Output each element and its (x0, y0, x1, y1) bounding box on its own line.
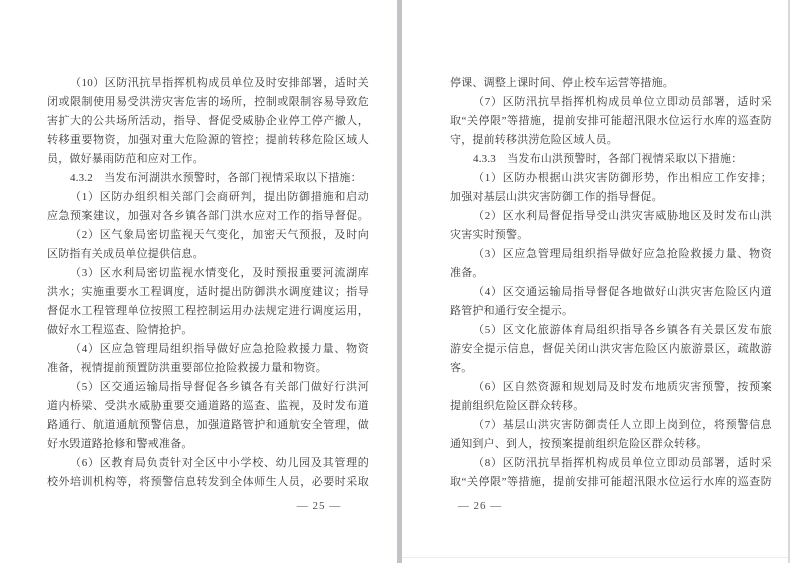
text-line: 准备，视情提前预置防洪重要部位抢险救援力量和物资。 (47, 359, 369, 378)
text-line: 停课、调整上课时间、停止校车运营等措施。 (450, 74, 772, 93)
text-line: （5）区文化旅游体育局组织指导各乡镇各有关景区发布旅 (450, 321, 772, 340)
page-number-25: — 25 — (297, 500, 342, 512)
text-line: 加强对基层山洪灾害防御工作的指导督促。 (450, 188, 772, 207)
text-line: 闭或限制使用易受洪涝灾害危害的场所，控制或限制容易导致危 (47, 93, 369, 112)
text-line: 通知到户、到人，按预案提前组织危险区群众转移。 (450, 435, 772, 454)
text-line: （5）区交通运输局指导督促各乡镇各有关部门做好行洪河 (47, 378, 369, 397)
text-line: （4）区交通运输局指导督促各地做好山洪灾害危险区内道 (450, 283, 772, 302)
text-line: 道内桥梁、受洪水威胁重要交通道路的巡查、监视，及时发布道 (47, 397, 369, 416)
page-25-text-block: （10）区防汛抗旱指挥机构成员单位及时安排部署，适时关闭或限制使用易受洪涝灾害危… (47, 74, 369, 492)
text-line: （3）区水利局密切监视水情变化，及时预报重要河流湖库 (47, 264, 369, 283)
text-line: （4）区应急管理局组织指导做好应急抢险救援力量、物资 (47, 340, 369, 359)
text-line: 做好水工程巡查、险情抢护。 (47, 321, 369, 340)
text-line: 区防指有关成员单位提供信息。 (47, 245, 369, 264)
text-line: 校外培训机构等，将预警信息转发到全体师生人员，必要时采取 (47, 473, 369, 492)
text-line: 提前组织危险区群众转移。 (450, 397, 772, 416)
text-line: 路通行、航道通航预警信息，加强道路管护和通航安全管理，做 (47, 416, 369, 435)
text-line: 灾害实时预警。 (450, 226, 772, 245)
text-line: （3）区应急管理局组织指导做好应急抢险救援力量、物资 (450, 245, 772, 264)
text-line: 守，提前转移洪涝危险区域人员。 (450, 131, 772, 150)
text-line: （8）区防汛抗旱指挥机构成员单位立即动员部署，适时采 (450, 454, 772, 473)
text-line: 洪水；实施重要水工程调度，适时提出防御洪水调度建议；指导 (47, 283, 369, 302)
right-edge-line (788, 0, 790, 563)
text-line: 准备。 (450, 264, 772, 283)
text-line: （7）基层山洪灾害防御责任人立即上岗到位，将预警信息 (450, 416, 772, 435)
text-line: 转移重要物资，加强对重大危险源的管控；提前转移危险区域人 (47, 131, 369, 150)
text-line: 客。 (450, 359, 772, 378)
text-line: （6）区教育局负责针对全区中小学校、幼儿园及其管理的 (47, 454, 369, 473)
text-line: （2）区气象局密切监视天气变化，加密天气预报，及时向 (47, 226, 369, 245)
text-line: 游安全提示信息，督促关闭山洪灾害危险区内旅游景区，疏散游 (450, 340, 772, 359)
page-25: （10）区防汛抗旱指挥机构成员单位及时安排部署，适时关闭或限制使用易受洪涝灾害危… (0, 0, 397, 563)
text-line: 4.3.3 当发布山洪预警时，各部门视情采取以下措施： (450, 150, 772, 169)
text-line: 取“关停限”等措施，提前安排可能超汛限水位运行水库的巡查防 (450, 473, 772, 492)
text-line: 应急预案建议，加强对各乡镇各部门洪水应对工作的指导督促。 (47, 207, 369, 226)
text-line: 督促水工程管理单位按照工程控制运用办法规定进行调度运用， (47, 302, 369, 321)
text-line: （2）区水利局督促指导受山洪灾害威胁地区及时发布山洪 (450, 207, 772, 226)
page-number-26: — 26 — (458, 500, 503, 512)
text-line: （1）区防办组织相关部门会商研判，提出防御措施和启动 (47, 188, 369, 207)
text-line: 取“关停限”等措施，提前安排可能超汛限水位运行水库的巡查防 (450, 112, 772, 131)
text-line: （7）区防汛抗旱指挥机构成员单位立即动员部署，适时采 (450, 93, 772, 112)
text-line: （10）区防汛抗旱指挥机构成员单位及时安排部署，适时关 (47, 74, 369, 93)
text-line: （6）区自然资源和规划局及时发布地质灾害预警，按预案 (450, 378, 772, 397)
text-line: 路管护和通行安全提示。 (450, 302, 772, 321)
text-line: （1）区防办根据山洪灾害防御形势，作出相应工作安排； (450, 169, 772, 188)
text-line: 害扩大的公共场所活动，指导、督促受威胁企业停工停产撤人， (47, 112, 369, 131)
page-divider (397, 0, 402, 563)
text-line: 好水毁道路抢修和警戒准备。 (47, 435, 369, 454)
page-bottom-line (402, 557, 788, 558)
document-spread: （10）区防汛抗旱指挥机构成员单位及时安排部署，适时关闭或限制使用易受洪涝灾害危… (0, 0, 800, 563)
text-line: 4.3.2 当发布河湖洪水预警时，各部门视情采取以下措施： (47, 169, 369, 188)
page-26-text-block: 停课、调整上课时间、停止校车运营等措施。（7）区防汛抗旱指挥机构成员单位立即动员… (450, 74, 772, 492)
text-line: 员，做好暴雨防范和应对工作。 (47, 150, 369, 169)
page-26: 停课、调整上课时间、停止校车运营等措施。（7）区防汛抗旱指挥机构成员单位立即动员… (402, 0, 788, 563)
